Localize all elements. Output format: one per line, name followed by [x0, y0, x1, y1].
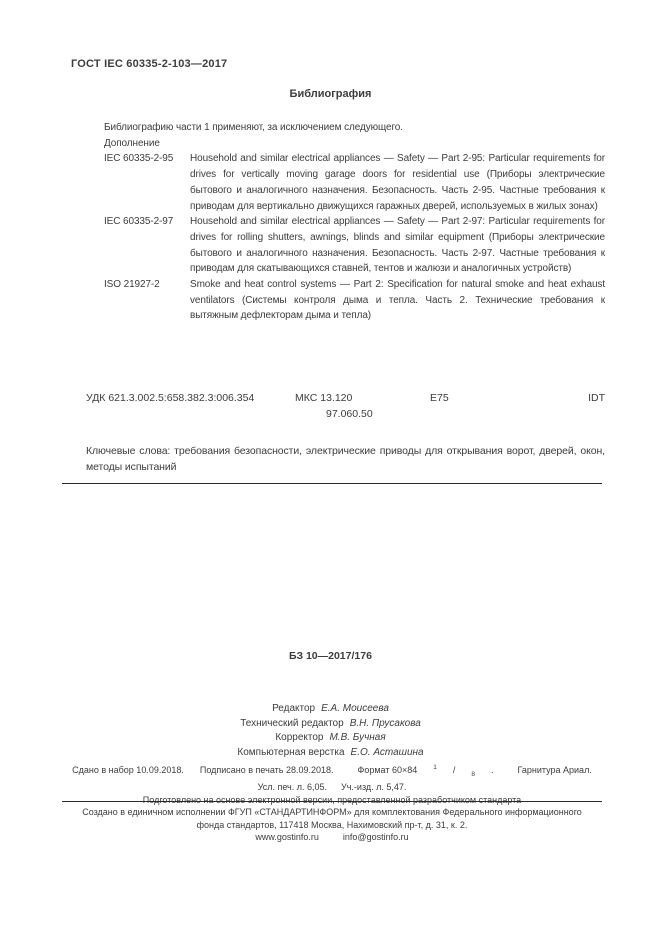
staff-name: Е.О. Асташина	[351, 747, 424, 758]
sdano-v-nabor: Сдано в набор 10.09.2018.	[72, 765, 184, 775]
bibliography-entry: IEC 60335-2-97 Household and similar ele…	[104, 214, 605, 277]
bz-number: БЗ 10—2017/176	[0, 650, 661, 662]
bibliography-block: Библиографию части 1 применяют, за исклю…	[104, 120, 605, 324]
format-numerator: 1	[433, 764, 437, 771]
publisher-footer: Создано в единичном исполнении ФГУП «СТА…	[62, 806, 602, 844]
entry-text: Smoke and heat control systems — Part 2:…	[190, 277, 605, 324]
okp-code: Е75	[430, 391, 449, 407]
staff-role: Технический редактор	[240, 718, 343, 729]
staff-name: В.Н. Прусакова	[350, 718, 421, 729]
uch-izd-l: Уч.-изд. л. 5,47.	[341, 782, 406, 792]
format: Формат 60×841/8.	[349, 765, 501, 775]
format-denominator: 8	[471, 771, 475, 778]
keywords-paragraph: Ключевые слова: требования безопасности,…	[86, 443, 605, 475]
staff-line: КорректорМ.В. Бучная	[0, 731, 661, 746]
document-page: ГОСТ IEC 60335-2-103—2017 Библиография Б…	[0, 0, 661, 935]
divider	[62, 483, 602, 484]
imprint-block: Сдано в набор 10.09.2018.Подписано в печ…	[62, 762, 602, 807]
website-link: www.gostinfo.ru	[255, 832, 319, 842]
addition-label: Дополнение	[104, 136, 605, 152]
email-link: info@gostinfo.ru	[343, 832, 409, 842]
staff-role: Компьютерная верстка	[237, 747, 344, 758]
udk-code: УДК 621.3.002.5:658.382.3:006.354	[86, 391, 254, 407]
staff-role: Редактор	[272, 703, 315, 714]
staff-line: РедакторЕ.А. Моисеева	[0, 702, 661, 717]
bibliography-entry: ISO 21927-2 Smoke and heat control syste…	[104, 277, 605, 324]
format-slash: /	[453, 765, 456, 775]
entry-ref: IEC 60335-2-97	[104, 214, 190, 277]
garnitura: Гарнитура Ариал.	[518, 765, 592, 775]
staff-line: Компьютерная версткаЕ.О. Асташина	[0, 746, 661, 761]
footer-line-2: фонда стандартов, 117418 Москва, Нахимов…	[62, 819, 602, 832]
staff-role: Корректор	[275, 732, 323, 743]
imprint-line-2: Усл. печ. л. 6,05.Уч.-изд. л. 5,47.	[62, 781, 602, 794]
mks-line1: МКС 13.120	[295, 391, 373, 407]
editors-block: РедакторЕ.А. Моисеева Технический редакт…	[0, 702, 661, 760]
divider	[62, 801, 602, 802]
entry-text: Household and similar electrical applian…	[190, 151, 605, 214]
doc-number: ГОСТ IEC 60335-2-103—2017	[71, 58, 227, 70]
footer-line-1: Создано в единичном исполнении ФГУП «СТА…	[62, 806, 602, 819]
imprint-line-1: Сдано в набор 10.09.2018.Подписано в печ…	[62, 762, 602, 781]
mks-codes: МКС 13.120 97.060.50	[295, 391, 373, 422]
footer-contacts: www.gostinfo.ruinfo@gostinfo.ru	[62, 831, 602, 844]
staff-name: Е.А. Моисеева	[321, 703, 389, 714]
classification-row: УДК 621.3.002.5:658.382.3:006.354 МКС 13…	[86, 391, 605, 425]
section-title: Библиография	[0, 88, 661, 100]
format-period: .	[491, 765, 494, 775]
entry-text: Household and similar electrical applian…	[190, 214, 605, 277]
entry-ref: IEC 60335-2-95	[104, 151, 190, 214]
staff-name: М.В. Бучная	[329, 732, 385, 743]
podpisano-v-pechat: Подписано в печать 28.09.2018.	[200, 765, 334, 775]
mks-line2: 97.060.50	[295, 407, 373, 423]
bibliography-intro: Библиографию части 1 применяют, за исклю…	[104, 120, 605, 136]
usl-pech-l: Усл. печ. л. 6,05.	[258, 782, 327, 792]
bibliography-entry: IEC 60335-2-95 Household and similar ele…	[104, 151, 605, 214]
entry-ref: ISO 21927-2	[104, 277, 190, 324]
idt-code: IDT	[588, 391, 605, 407]
staff-line: Технический редакторВ.Н. Прусакова	[0, 717, 661, 732]
